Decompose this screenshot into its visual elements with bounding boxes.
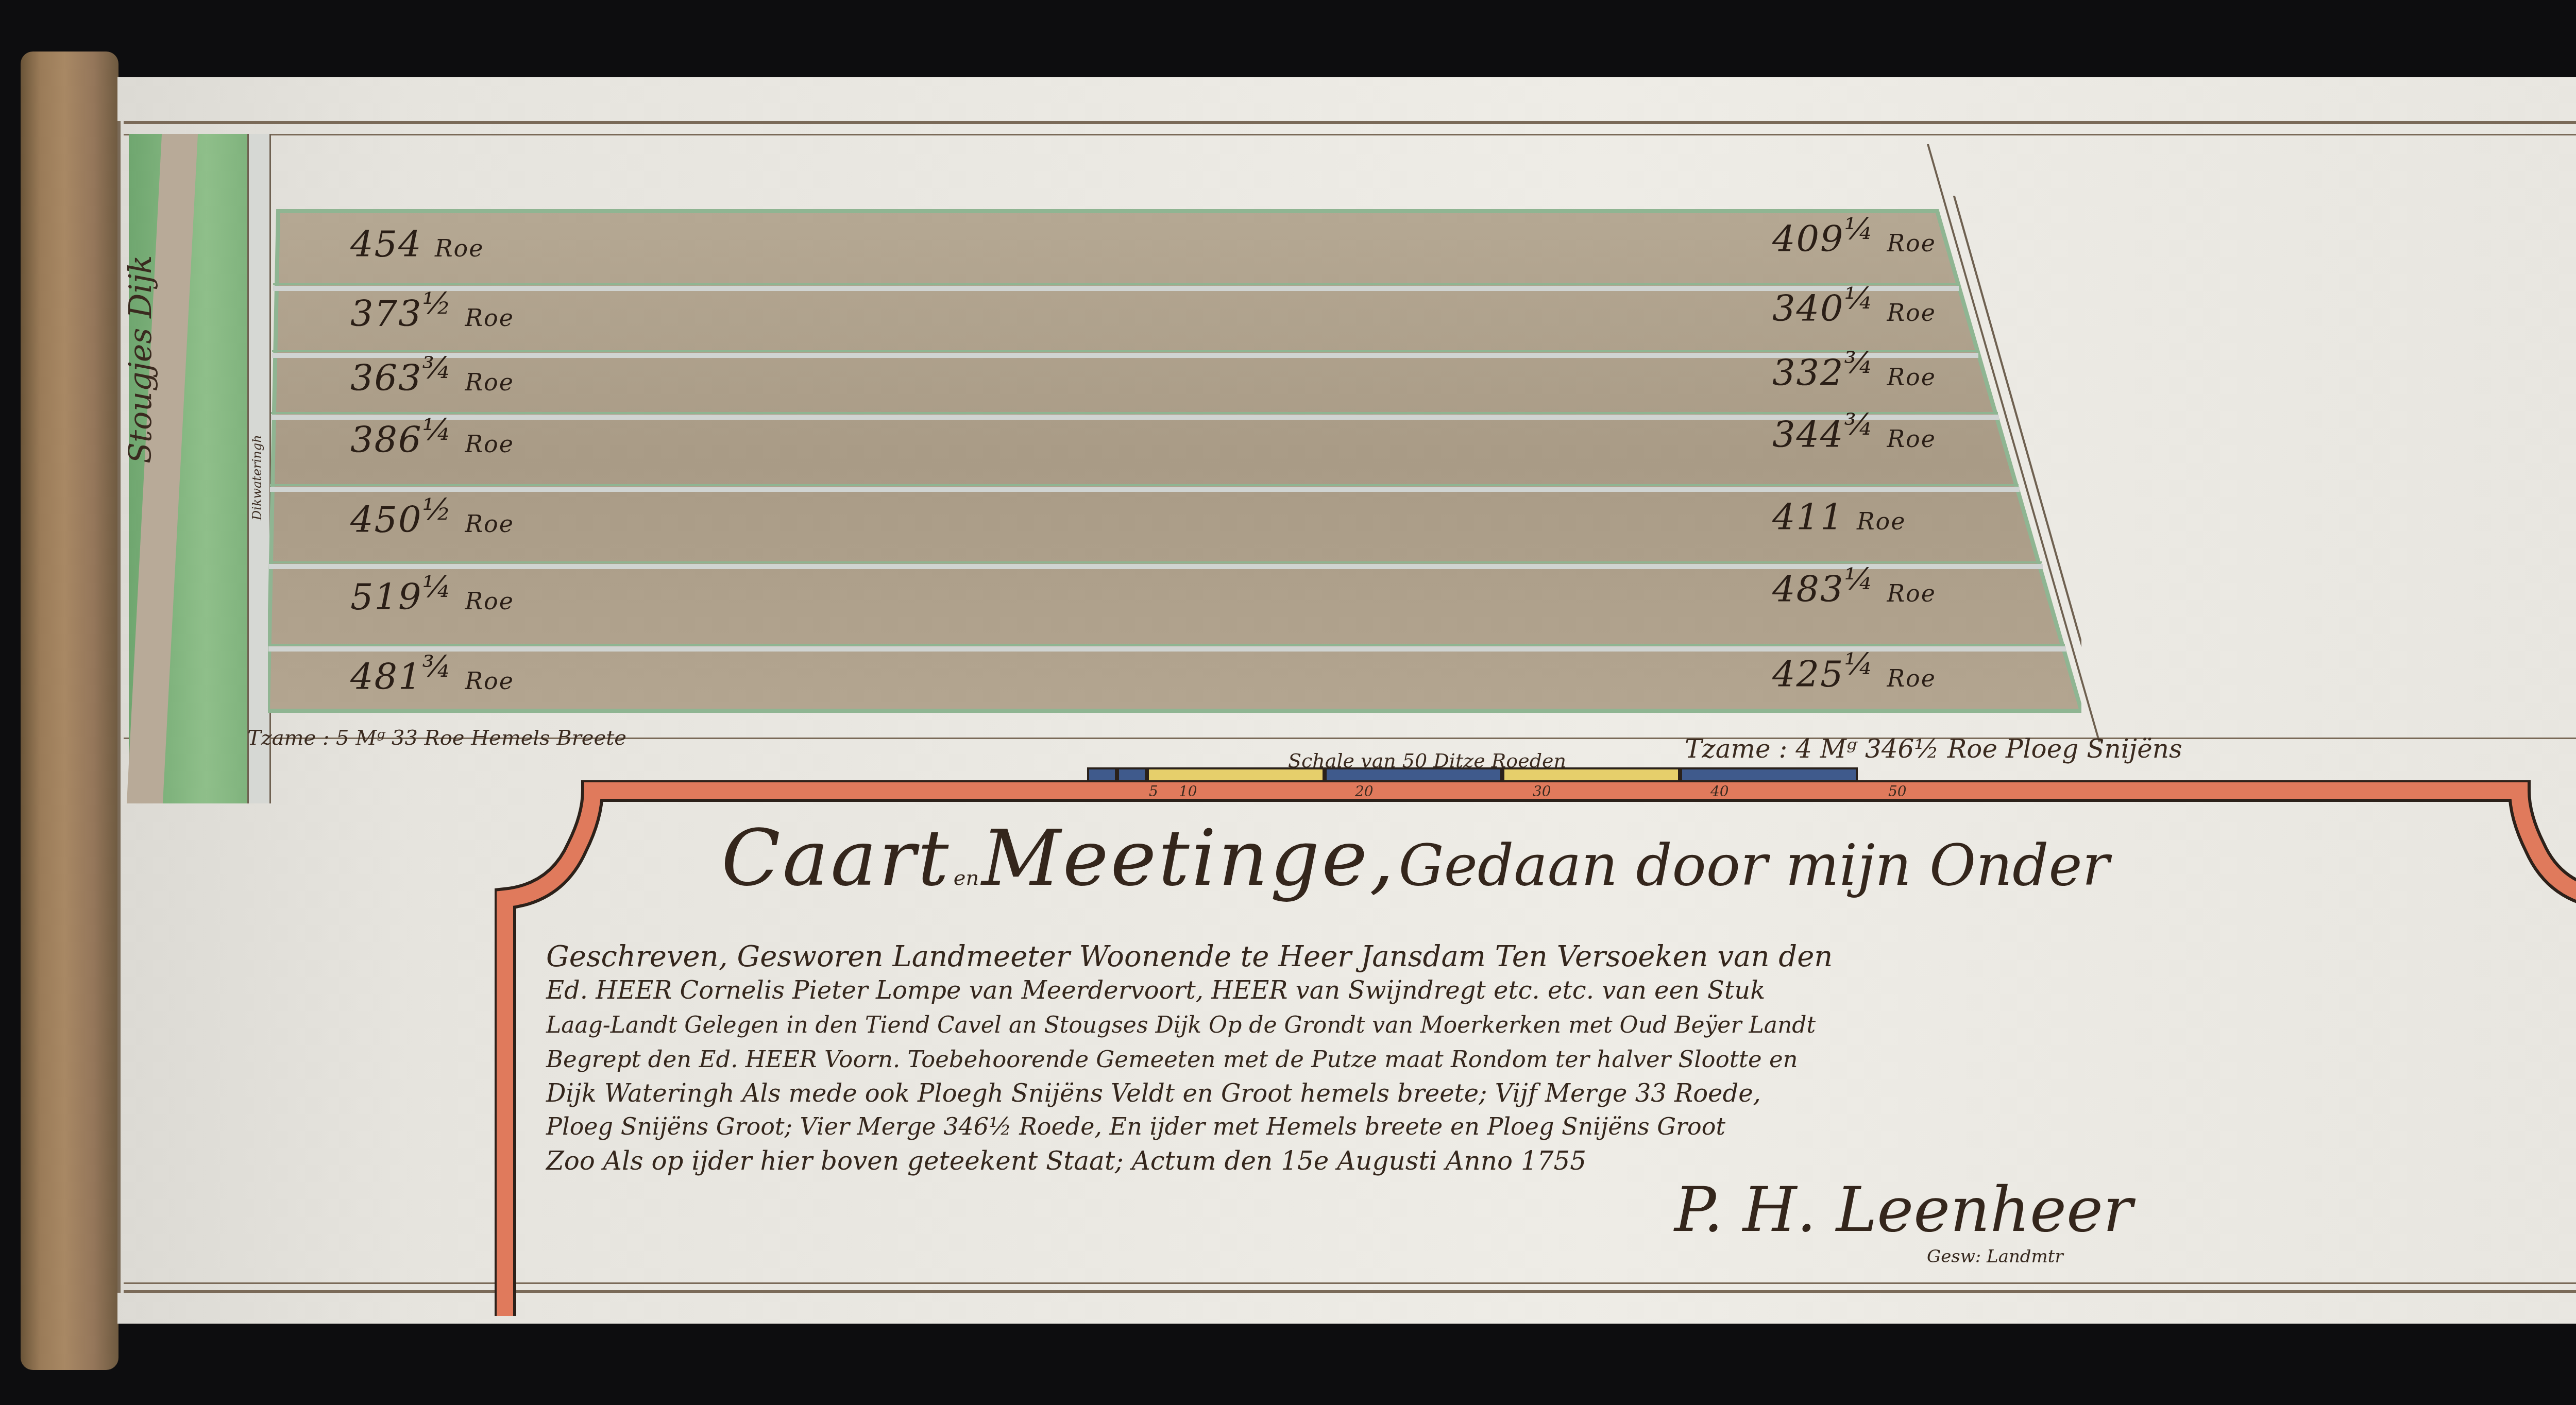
scale-tick: 40 (1710, 783, 1729, 800)
scale-tick: 50 (1888, 783, 1907, 800)
field-value-right-3: 332¾ Roe (1772, 345, 1936, 394)
frame-top-line (124, 121, 2576, 124)
cartouche-line-2: Ed. HEER Cornelis Pieter Lompe van Meerd… (546, 976, 1765, 1005)
cartouche-line-1: Geschreven, Gesworen Landmeeter Woonende… (546, 940, 1833, 973)
surveyor-signature: P. H. Leenheer (1674, 1174, 2132, 1246)
scale-tick: 10 (1179, 783, 1197, 800)
cartouche-line-5: Dijk Wateringh Als mede ook Ploegh Snijë… (546, 1079, 1761, 1108)
scale-tick: 5 (1149, 783, 1158, 800)
cartouche-line-6: Ploeg Snijëns Groot; Vier Merge 346½ Roe… (546, 1112, 1725, 1140)
cartouche-line-7: Zoo Als op ijder hier boven geteekent St… (546, 1146, 1586, 1176)
dike-label: Stougjes Dijk (123, 255, 159, 464)
field-value-right-1: 409¼ Roe (1772, 211, 1936, 260)
field-value-right-4: 344¾ Roe (1772, 407, 1936, 456)
field-value-left-2: 373½ Roe (350, 286, 514, 335)
field-value-right-2: 340¼ Roe (1772, 281, 1936, 330)
field-value-right-6: 483¼ Roe (1772, 561, 1936, 610)
field-value-left-7: 481¾ Roe (350, 649, 514, 698)
total-ploeg-snijens: Tzame : 4 Mᵍ 346½ Roe Ploeg Snijëns (1685, 734, 2182, 764)
field-value-left-1: 454 Roe (350, 216, 484, 265)
scale-ticks: 5 10 20 30 40 50 (1149, 783, 2025, 803)
field-value-left-4: 386¼ Roe (350, 412, 514, 461)
field-value-left-6: 519¼ Roe (350, 569, 514, 618)
field-value-left-3: 363¾ Roe (350, 350, 514, 399)
title-word-caart: Caart (721, 814, 951, 903)
title-conjunction: en (954, 866, 979, 890)
field-value-right-7: 425¼ Roe (1772, 646, 1936, 695)
frame-left-line (117, 121, 121, 1293)
field-value-left-5: 450½ Roe (350, 492, 514, 541)
title-rest: Gedaan door mijn Onder (1399, 832, 2109, 898)
title-word-meetinge: Meetinge, (981, 814, 1396, 903)
surveyor-title: Gesw: Landmtr (1927, 1246, 2063, 1267)
frame-top-inner-line (124, 134, 2576, 135)
cartouche-line-4: Begrept den Ed. HEER Voorn. Toebehoorend… (546, 1046, 1798, 1073)
field-value-right-5: 411 Roe (1772, 489, 1906, 538)
dike-watering-label: Dikwateringh (250, 435, 264, 520)
scale-tick: 20 (1355, 783, 1374, 800)
cartouche-line-3: Laag-Landt Gelegen in den Tiend Cavel an… (546, 1012, 1816, 1038)
cartouche-title: Caart en Meetinge, Gedaan door mijn Onde… (721, 814, 2109, 903)
left-scroll-roller (21, 52, 118, 1370)
total-hemels-breete: Tzame : 5 Mᵍ 33 Roe Hemels Breete (247, 726, 626, 750)
scale-tick: 30 (1533, 783, 1551, 800)
